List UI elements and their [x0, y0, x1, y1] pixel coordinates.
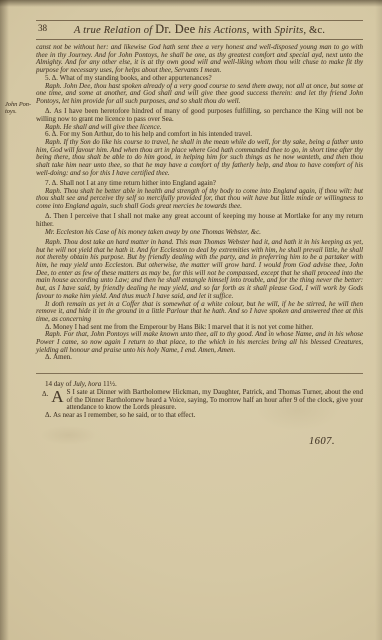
- section-divider-rule: [36, 373, 363, 374]
- paragraph-text: S I sate at Dinner with Bartholomew Hick…: [67, 388, 363, 411]
- page-number: 38: [38, 23, 47, 33]
- amen-line: Δ. Amen.: [36, 354, 363, 362]
- paragraph-raphael-answer: Raph. If thy Son do like his course to t…: [36, 139, 363, 178]
- case-heading: Mr. Eccleston his Case of his money take…: [36, 229, 363, 237]
- margin-note-line: John Pon-: [5, 101, 35, 108]
- paragraph-continuation: canst not be without her: and likewise G…: [36, 44, 363, 75]
- body-text: canst not be without her: and likewise G…: [36, 44, 363, 447]
- paragraph-dee: Δ. As I have been heretofore hindred of …: [36, 108, 363, 123]
- dropcap-group: Δ.A: [42, 390, 64, 405]
- running-header: 38 A true Relation of Dr. Dee his Action…: [36, 21, 363, 39]
- paragraph-raphael-answer: It doth remain as yet in a Coffer that i…: [36, 301, 363, 324]
- paragraph-dee-note: Δ. As near as I remember, so he said, or…: [36, 412, 363, 420]
- paragraph-dinner-entry: Δ.AS I sate at Dinner with Bartholomew H…: [36, 389, 363, 412]
- paragraph-raphael-answer: Raph. Thou dost take an hard matter in h…: [36, 239, 363, 301]
- paragraph-raphael-answer: Raph. John Dee, thou hast spoken already…: [36, 83, 363, 106]
- margin-note: John Pon- toys.: [5, 101, 35, 115]
- paragraph-dee: Δ. Then I perceive that I shall not make…: [36, 213, 363, 228]
- delta-sigil: Δ.: [42, 390, 48, 398]
- running-title: A true Relation of Dr. Dee his Actions, …: [74, 22, 325, 37]
- book-page-scan: John Pon- toys. 38 A true Relation of Dr…: [0, 0, 382, 640]
- header-bottom-rule: [36, 39, 363, 40]
- year-mark: 1607.: [36, 436, 335, 447]
- dropcap-letter: A: [51, 387, 63, 406]
- margin-note-line: toys.: [5, 108, 35, 115]
- paragraph-raphael-answer: Raph. For that, John Pontoys will make k…: [36, 331, 363, 354]
- paragraph-raphael-answer: Raph. Thou shalt be better able in healt…: [36, 188, 363, 211]
